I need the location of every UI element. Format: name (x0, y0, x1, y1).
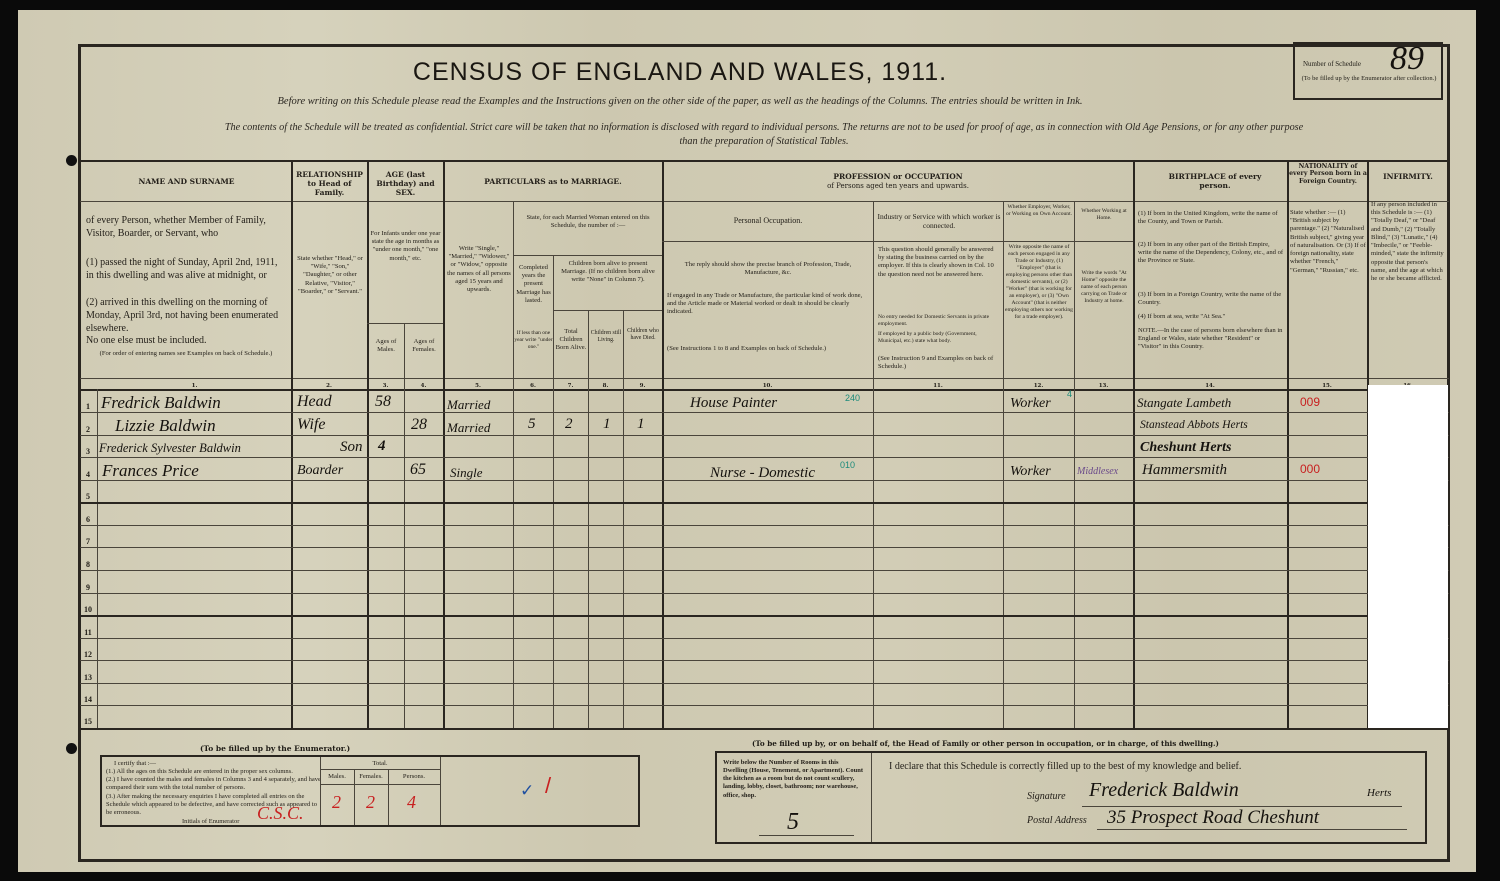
colnum-3: 3. (367, 383, 404, 389)
col-divider (662, 160, 664, 728)
confidential-line-1: The contents of the Schedule will be tre… (84, 122, 1444, 133)
header-rule (513, 255, 662, 256)
redacted-area (1368, 385, 1448, 728)
person-name: Fredrick Baldwin (101, 393, 221, 413)
address-county: Herts (1367, 787, 1391, 799)
col16-heading: INFIRMITY. (1369, 172, 1447, 181)
marital-status: Single (450, 465, 483, 481)
row-number: 1 (80, 402, 96, 411)
col10-body-3: (See Instructions 1 to 8 and Examples on… (667, 345, 869, 353)
children-died: 1 (637, 416, 645, 433)
col7-heading: Total Children Born Alive. (554, 328, 588, 353)
age-heading: AGE (last Birthday) and SEX. (368, 170, 443, 197)
age-male: 4 (378, 438, 386, 455)
colnum-10: 10. (662, 383, 873, 389)
col13-heading: Whether Working at Home. (1076, 208, 1132, 222)
col15-heading: NATIONALITY of every Person born in a Fo… (1289, 163, 1367, 185)
at-home: Middlesex (1077, 466, 1118, 477)
colnum-15: 15. (1287, 383, 1367, 389)
marital-status: Married (447, 420, 490, 436)
colnum-1: 1. (98, 383, 291, 389)
col10-body-1: The reply should show the precise branch… (667, 261, 869, 277)
married-woman-heading: State, for each Married Woman entered on… (515, 214, 661, 230)
document-title: CENSUS OF ENGLAND AND WALES, 1911. (80, 58, 1280, 87)
marital-status: Married (447, 397, 490, 413)
birthplace-code: 000 (1300, 462, 1320, 476)
row-rule (80, 435, 1449, 436)
schedule-number-box: Number of Schedule (To be filled up by t… (1293, 42, 1443, 100)
row-rule (80, 570, 1449, 571)
col-divider (1287, 160, 1289, 728)
check-mark: ✓ (520, 781, 534, 801)
birthplace: Cheshunt Herts (1140, 440, 1231, 456)
occupation-code: 240 (845, 393, 860, 403)
age-male: 58 (375, 393, 391, 411)
females-label: Females. (354, 773, 388, 781)
col2-body: State whether "Head," or "Wife," "Son," … (295, 255, 365, 296)
col12-heading: Whether Employer, Worker, or Working on … (1005, 204, 1073, 218)
col14-body-4: (4) If born at sea, write "At Sea." (1138, 313, 1284, 321)
address-label: Postal Address (1027, 815, 1087, 828)
punch-hole-bottom (66, 743, 77, 754)
signature: Frederick Baldwin (1089, 779, 1239, 802)
age-female: 65 (410, 461, 426, 479)
total-males: 2 (332, 792, 341, 813)
row-rule (80, 547, 1449, 548)
age-female: 28 (411, 416, 427, 434)
profession-heading: PROFESSION or OCCUPATION (663, 172, 1133, 181)
row-number: 12 (80, 650, 96, 659)
row-rule (80, 683, 1449, 684)
occupation: House Painter (690, 395, 777, 412)
col10-body-2: If engaged in any Trade or Manufacture, … (667, 292, 869, 317)
punch-hole-top (66, 155, 77, 166)
col6-body: Completed years the present Marriage has… (514, 264, 553, 305)
row-rule (80, 705, 1449, 706)
years-married: 5 (528, 416, 536, 433)
col-divider (1133, 160, 1135, 728)
colnum-14: 14. (1133, 383, 1287, 389)
occupation-code: 010 (840, 460, 855, 470)
initials-label: Initials of Enumerator (182, 818, 239, 826)
col-divider (1074, 201, 1075, 728)
col2-heading: RELATIONSHIP to Head of Family. (292, 170, 367, 197)
person-name: Frederick Sylvester Baldwin (99, 441, 241, 456)
col11-body-3: If employed by a public body (Government… (878, 331, 1000, 345)
totals-rule (320, 769, 440, 770)
row-number: 14 (80, 695, 96, 704)
header-rule (367, 323, 443, 324)
rooms-rule (759, 835, 854, 836)
col14-body-2: (2) If born in any other part of the Bri… (1138, 241, 1284, 266)
row-number: 6 (80, 515, 96, 524)
col6-small: If less than one year write "under one." (514, 330, 553, 351)
birthplace: Hammersmith (1142, 462, 1227, 479)
colnum-5: 5. (443, 383, 513, 389)
colnum-9: 9. (623, 383, 662, 389)
header-sub-rule (80, 201, 1449, 202)
row-number: 13 (80, 673, 96, 682)
age-body: For Infants under one year state the age… (369, 230, 442, 263)
colnum-top-rule (80, 378, 1449, 379)
row-number: 15 (80, 717, 96, 726)
col14-body-5: NOTE.—In the case of persons born elsewh… (1138, 327, 1284, 352)
row-number: 9 (80, 583, 96, 592)
col1-heading: NAME AND SURNAME (82, 177, 291, 186)
row-number: 5 (80, 492, 96, 501)
colnum-4: 4. (404, 383, 443, 389)
employment-code: 4 (1067, 389, 1072, 399)
colnum-11: 11. (873, 383, 1003, 389)
col-divider (873, 201, 874, 728)
col1-body-5: (For order of entering names see Example… (86, 350, 286, 358)
col-divider (588, 310, 589, 728)
signature-label: Signature (1027, 791, 1066, 804)
enumerator-box: I certify that :— (1.) All the ages on t… (100, 755, 640, 827)
row-rule (80, 412, 1449, 413)
profession-subheading: of Persons aged ten years and upwards. (663, 182, 1133, 190)
totals-rule (320, 784, 440, 785)
totals-divider (440, 757, 441, 825)
relationship: Son (340, 439, 363, 456)
row-number: 4 (80, 470, 96, 479)
rooms-count: 5 (787, 809, 799, 836)
instruction-line: Before writing on this Schedule please r… (80, 96, 1280, 107)
total-persons: 4 (407, 792, 416, 813)
certify-point-2: (2.) I have counted the males and female… (106, 776, 321, 792)
row-rule (80, 457, 1449, 458)
total-label: Total. (320, 760, 440, 768)
col13-body: Write the words "At Home" opposite the n… (1076, 270, 1132, 305)
col11-body-1: This question should generally be answer… (878, 246, 1000, 279)
header-rule (662, 241, 1133, 242)
row-number: 10 (80, 605, 96, 614)
address-rule (1097, 829, 1407, 830)
col-divider (553, 255, 554, 728)
marriage-heading: PARTICULARS as to MARRIAGE. (444, 177, 662, 186)
col11-body-4: (See Instruction 9 and Examples on back … (878, 355, 1000, 371)
row-number: 7 (80, 537, 96, 546)
certify-point-1: (1.) All the ages on this Schedule are e… (106, 768, 321, 776)
persons-label: Persons. (388, 773, 440, 781)
row-rule (80, 615, 1449, 617)
row-rule (80, 593, 1449, 594)
col14-body-3: (3) If born in a Foreign Country, write … (1138, 291, 1284, 307)
colnum-7: 7. (553, 383, 588, 389)
relationship: Boarder (297, 463, 343, 479)
col4-heading: Ages of Females. (406, 338, 442, 354)
totals-divider (388, 769, 389, 825)
colnum-bottom-rule (80, 389, 1449, 391)
row-rule (80, 525, 1449, 526)
employment-status: Worker (1010, 396, 1051, 412)
col8-heading: Children still Living. (589, 330, 623, 344)
row-number: 3 (80, 447, 96, 456)
header-rule (553, 310, 662, 311)
col15-body: State whether :— (1) "British subject by… (1290, 209, 1366, 275)
col-divider (623, 310, 624, 728)
household-divider (871, 753, 872, 842)
col11-heading: Industry or Service with which worker is… (876, 212, 1002, 231)
row-rule (80, 502, 1449, 504)
postal-address: 35 Prospect Road Cheshunt (1107, 807, 1319, 829)
schedule-number-label: Number of Schedule (1303, 60, 1361, 68)
certify-label: I certify that :— (114, 760, 156, 768)
header-top-rule (80, 160, 1449, 162)
row-number: 2 (80, 425, 96, 434)
row-rule (80, 660, 1449, 661)
totals-divider (354, 769, 355, 825)
birthplace: Stangate Lambeth (1137, 395, 1231, 411)
col10-heading: Personal Occupation. (664, 216, 872, 226)
row-number: 8 (80, 560, 96, 569)
declaration: I declare that this Schedule is correctl… (889, 761, 1409, 774)
occupation: Nurse - Domestic (710, 465, 815, 482)
employment-status: Worker (1010, 464, 1051, 480)
children-born: 2 (565, 416, 573, 433)
birthplace-code: 009 (1300, 395, 1320, 409)
household-heading: (To be filled up by, or on behalf of, th… (752, 739, 1219, 748)
household-box: Write below the Number of Rooms in this … (715, 751, 1427, 844)
relationship: Head (297, 393, 332, 411)
col-divider (1003, 201, 1004, 728)
enumerator-initials: C.S.C. (257, 803, 304, 824)
confidential-line-2: than the preparation of Statistical Tabl… (84, 136, 1444, 147)
colnum-8: 8. (588, 383, 623, 389)
colnum-2: 2. (291, 383, 367, 389)
colnum-6: 6. (513, 383, 553, 389)
col-divider (291, 160, 293, 728)
col9-heading: Children who have Died. (624, 328, 662, 342)
person-name: Lizzie Baldwin (115, 416, 216, 436)
rooms-instruction: Write below the Number of Rooms in this … (723, 759, 863, 800)
col1-body-2: (1) passed the night of Sunday, April 2n… (86, 256, 286, 282)
col-divider (443, 160, 445, 728)
row-number: 11 (80, 628, 96, 637)
col1-body-4: No one else must be included. (86, 334, 286, 347)
children-living: 1 (603, 416, 611, 433)
tally-mark: / (545, 773, 551, 799)
col16-body: If any person included in this Schedule … (1371, 201, 1445, 283)
col5-body: Write "Single," "Married," "Widower," or… (446, 245, 512, 294)
col14-body-1: (1) If born in the United Kingdom, write… (1138, 210, 1284, 226)
rownum-divider (97, 389, 98, 728)
colnum-12: 12. (1003, 383, 1074, 389)
colnum-13: 13. (1074, 383, 1133, 389)
relationship: Wife (297, 416, 325, 434)
schedule-number-value: 89 (1390, 40, 1424, 78)
row-rule (80, 638, 1449, 639)
col12-body: Write opposite the name of each person e… (1005, 244, 1073, 321)
table-bottom-rule (80, 728, 1449, 730)
col1-body-1: of every Person, whether Member of Famil… (86, 214, 286, 240)
col14-heading: BIRTHPLACE of every person. (1160, 172, 1270, 190)
total-females: 2 (366, 792, 375, 813)
children-heading: Children born alive to present Marriage.… (555, 260, 661, 285)
enumerator-heading: (To be filled up by the Enumerator.) (200, 744, 350, 753)
col11-body-2: No entry needed for Domestic Servants in… (878, 314, 1000, 328)
col1-body-3: (2) arrived in this dwelling on the morn… (86, 296, 286, 335)
person-name: Frances Price (102, 461, 199, 481)
birthplace: Stanstead Abbots Herts (1140, 419, 1248, 431)
males-label: Males. (320, 773, 354, 781)
col3-heading: Ages of Males. (369, 338, 403, 354)
